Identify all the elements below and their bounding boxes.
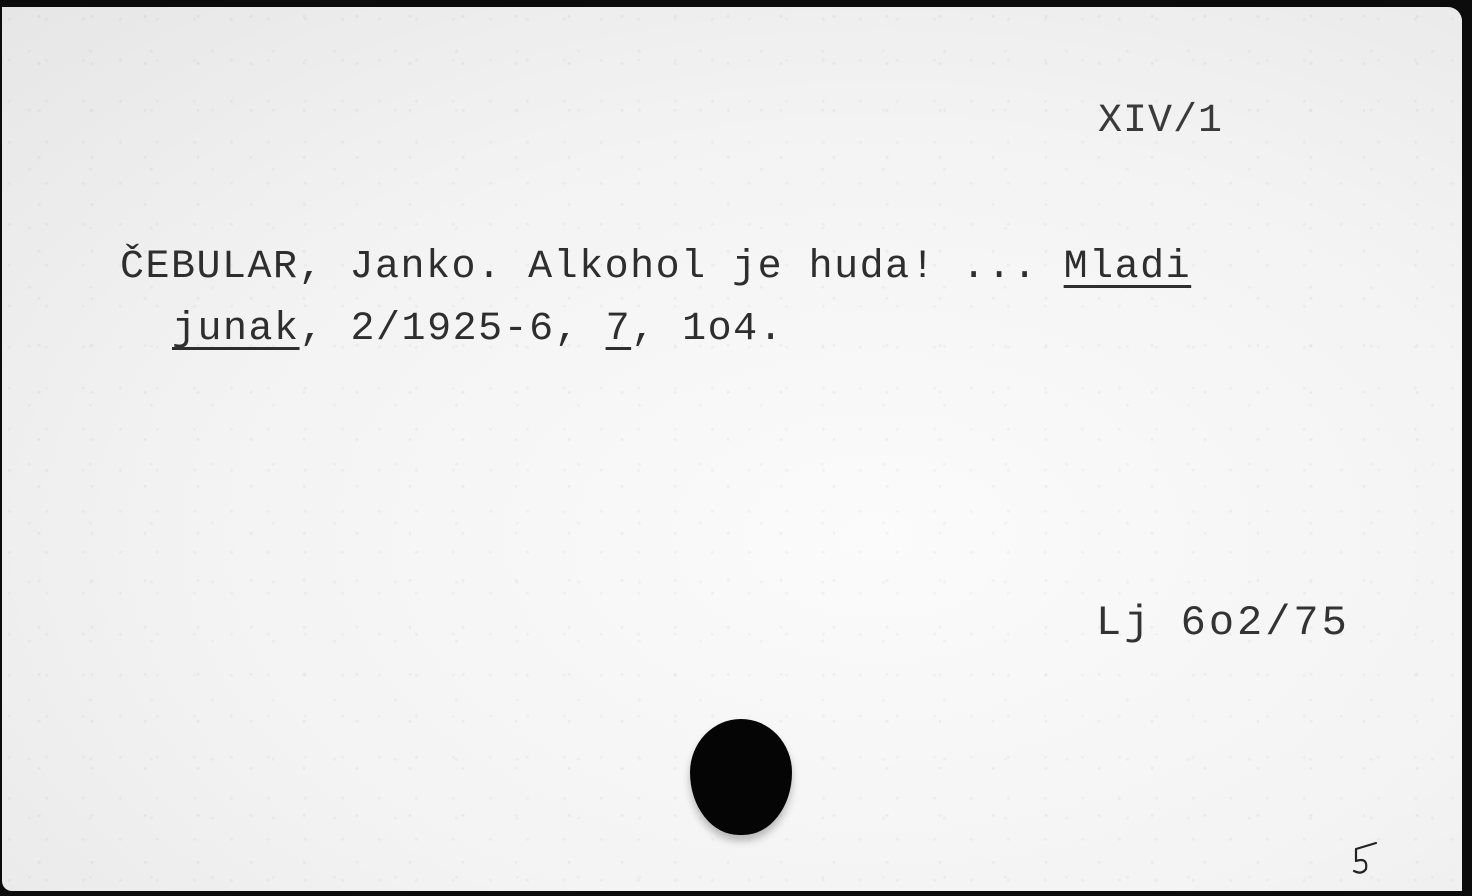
page-text: , 1o4.: [631, 307, 784, 352]
entry-line-2: junak, 2/1925-6, 7, 1o4.: [172, 307, 784, 352]
location-code: Lj 6o2/75: [1096, 599, 1350, 647]
journal-title-part1: Mladi: [1064, 245, 1192, 290]
journal-title-part2: junak: [172, 307, 300, 352]
call-number: XIV/1: [1098, 99, 1223, 144]
punch-hole: [690, 719, 792, 835]
entry-line-1: ČEBULAR, Janko. Alkohol je huda! ... Mla…: [120, 245, 1191, 290]
comma: ,: [300, 307, 326, 352]
year-text: 2/1925-6,: [325, 307, 606, 352]
author-title-text: ČEBULAR, Janko. Alkohol je huda! ...: [120, 245, 1064, 290]
handwritten-5-mark: [1348, 839, 1388, 879]
catalog-card: XIV/1 ČEBULAR, Janko. Alkohol je huda! .…: [2, 7, 1462, 891]
volume-number: 7: [606, 307, 632, 352]
